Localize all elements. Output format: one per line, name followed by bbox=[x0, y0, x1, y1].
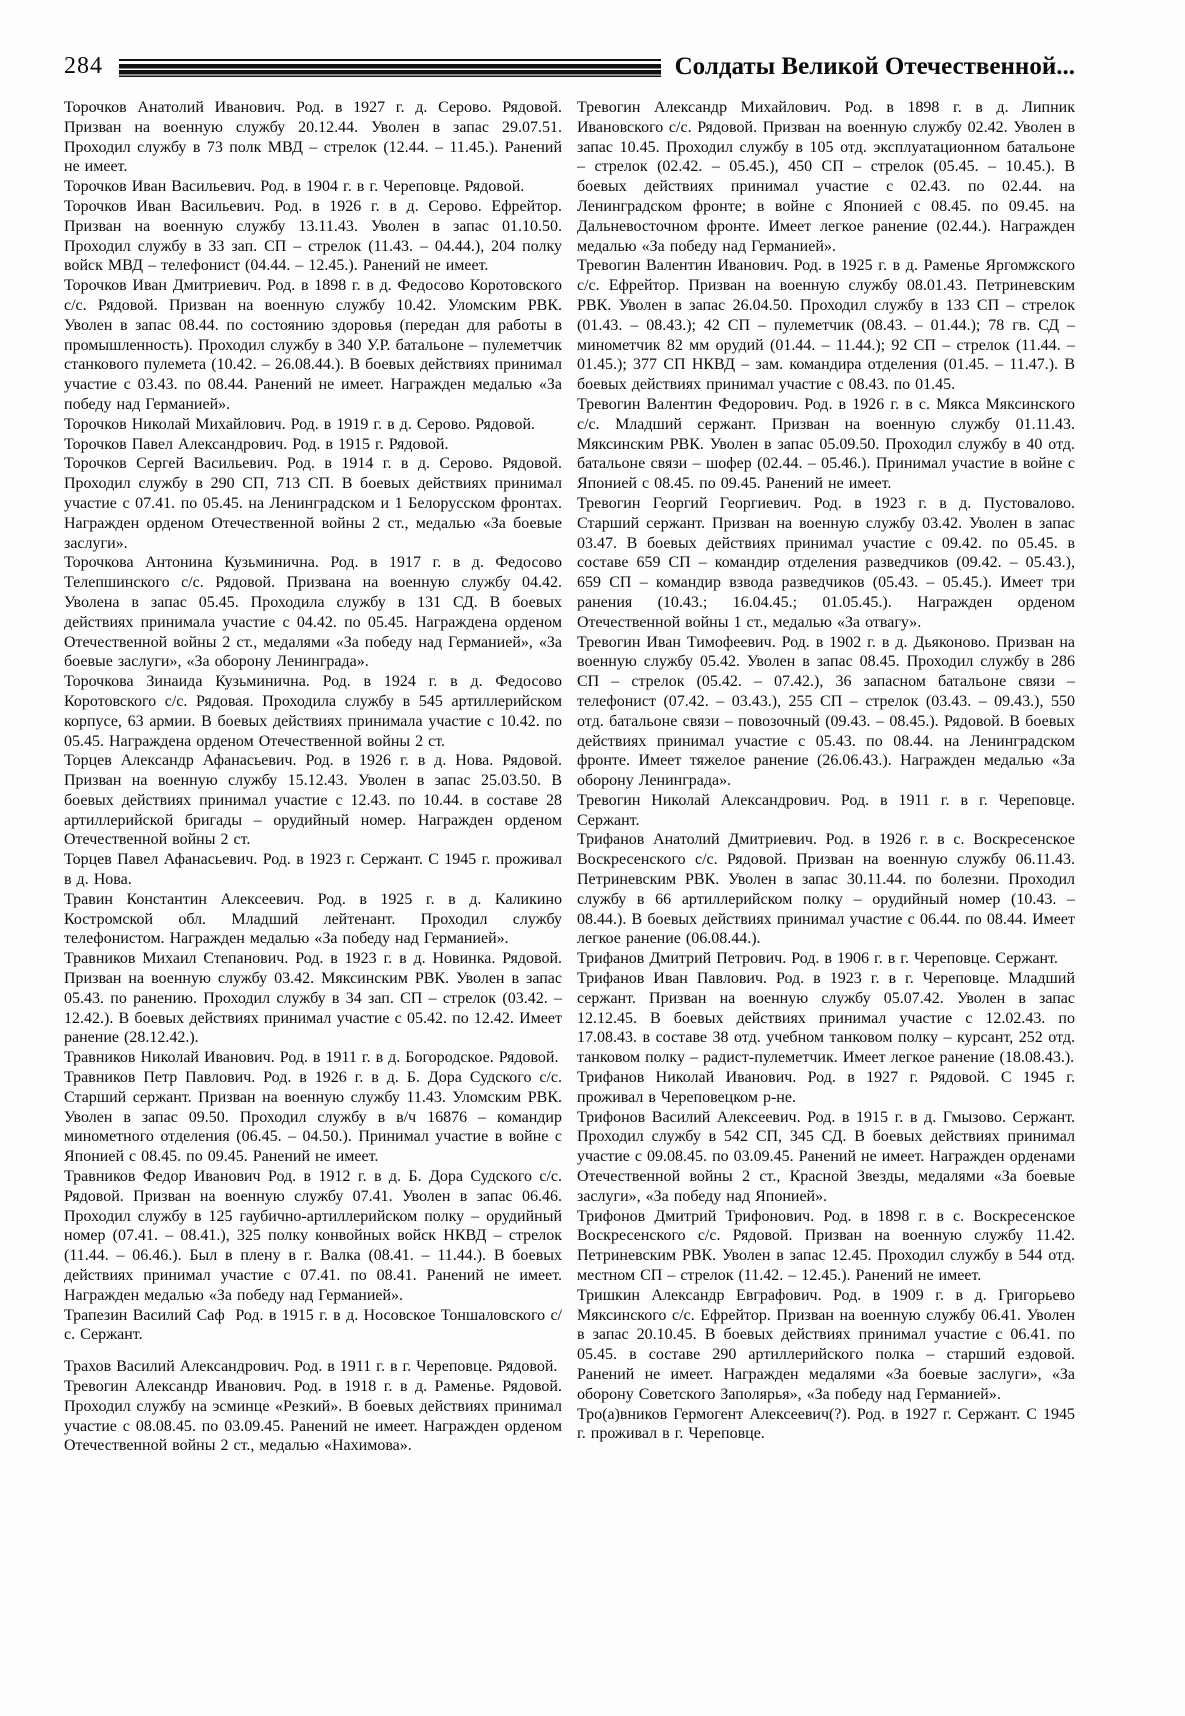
column-right: Тревогин Александр Михайлович. Род. в 18… bbox=[577, 98, 1075, 1456]
soldier-entry: Трифонов Василий Алексеевич. Род. в 1915… bbox=[577, 1108, 1075, 1207]
soldier-entry: Торцев Александр Афанасьевич. Род. в 192… bbox=[64, 751, 562, 850]
running-title: Солдаты Великой Отечественной... bbox=[675, 54, 1075, 79]
soldier-entry: Торочков Анатолий Иванович. Род. в 1927 … bbox=[64, 98, 562, 177]
soldier-entry: Торцев Павел Афанасьевич. Род. в 1923 г.… bbox=[64, 850, 562, 890]
soldier-entry: Торочков Иван Васильевич. Род. в 1926 г.… bbox=[64, 197, 562, 276]
soldier-entry: Тро(а)вников Гермогент Алексеевич(?). Ро… bbox=[577, 1405, 1075, 1445]
soldier-entry: Тревогин Александр Иванович. Род. в 1918… bbox=[64, 1377, 562, 1456]
soldier-entry: Травин Константин Алексеевич. Род. в 192… bbox=[64, 890, 562, 949]
soldier-entry: Тревогин Александр Михайлович. Род. в 18… bbox=[577, 98, 1075, 256]
soldier-entry: Торочков Сергей Васильевич. Род. в 1914 … bbox=[64, 454, 562, 553]
header-rule-divider bbox=[119, 59, 661, 77]
soldier-entry: Торочков Иван Васильевич. Род. в 1904 г.… bbox=[64, 177, 562, 197]
column-left: Торочков Анатолий Иванович. Род. в 1927 … bbox=[64, 98, 562, 1456]
soldier-entry: Торочков Николай Михайлович. Род. в 1919… bbox=[64, 415, 562, 435]
running-head: 284 Солдаты Великой Отечественной... bbox=[64, 48, 1075, 84]
soldier-entry: Тревогин Георгий Георгиевич. Род. в 1923… bbox=[577, 494, 1075, 633]
soldier-entry: Травников Михаил Степанович. Род. в 1923… bbox=[64, 949, 562, 1048]
soldier-entry: Торочкова Антонина Кузьминична. Род. в 1… bbox=[64, 553, 562, 672]
soldier-entry: Тревогин Николай Александрович. Род. в 1… bbox=[577, 791, 1075, 831]
soldier-entry: Трахов Василий Александрович. Род. в 191… bbox=[64, 1357, 562, 1377]
soldier-entry: Травников Петр Павлович. Род. в 1926 г. … bbox=[64, 1068, 562, 1167]
soldier-entry: Тревогин Валентин Иванович. Род. в 1925 … bbox=[577, 256, 1075, 395]
page-number: 284 bbox=[64, 54, 103, 78]
soldier-entry: Трифанов Николай Иванович. Род. в 1927 г… bbox=[577, 1068, 1075, 1108]
soldier-entry: Тревогин Иван Тимофеевич. Род. в 1902 г.… bbox=[577, 633, 1075, 791]
book-page: 284 Солдаты Великой Отечественной... Тор… bbox=[0, 0, 1185, 1716]
soldier-entry: Трифанов Дмитрий Петрович. Род. в 1906 г… bbox=[577, 949, 1075, 969]
soldier-entry: Трифанов Анатолий Дмитриевич. Род. в 192… bbox=[577, 830, 1075, 949]
soldier-entry: Торочкова Зинаида Кузьминична. Род. в 19… bbox=[64, 672, 562, 751]
text-columns: Торочков Анатолий Иванович. Род. в 1927 … bbox=[64, 98, 1075, 1456]
soldier-entry: Тришкин Александр Евграфович. Род. в 190… bbox=[577, 1286, 1075, 1405]
soldier-entry: Трифонов Дмитрий Трифонович. Род. в 1898… bbox=[577, 1207, 1075, 1286]
soldier-entry: Торочков Павел Александрович. Род. в 191… bbox=[64, 435, 562, 455]
soldier-entry: Травников Федор Иванович Род. в 1912 г. … bbox=[64, 1167, 562, 1306]
soldier-entry: Травников Николай Иванович. Род. в 1911 … bbox=[64, 1048, 562, 1068]
soldier-entry: Торочков Иван Дмитриевич. Род. в 1898 г.… bbox=[64, 276, 562, 415]
soldier-entry: Трифанов Иван Павлович. Род. в 1923 г. в… bbox=[577, 969, 1075, 1068]
soldier-entry: Трапезин Василий Саф Род. в 1915 г. в д.… bbox=[64, 1306, 562, 1346]
soldier-entry: Тревогин Валентин Федорович. Род. в 1926… bbox=[577, 395, 1075, 494]
